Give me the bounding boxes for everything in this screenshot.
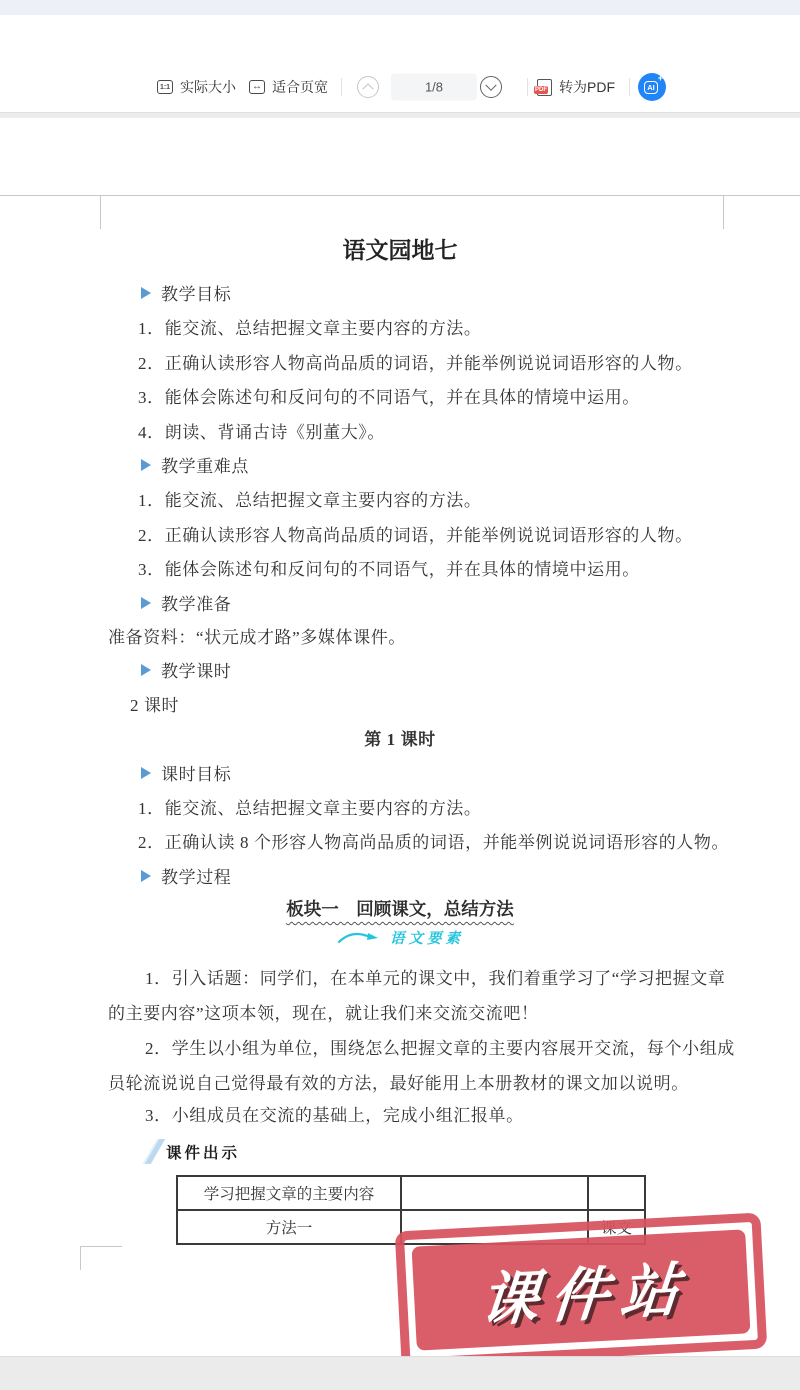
boundary-corner-left	[100, 195, 101, 229]
stamp-fill: 课件站	[412, 1229, 751, 1350]
triangle-bullet-icon	[141, 664, 151, 676]
table-row: 学习把握文章的主要内容	[177, 1176, 645, 1210]
section-header: 教学过程	[141, 863, 231, 888]
courseware-badge-label: 课件出示	[166, 1141, 240, 1163]
boundary-corner-bottom-left-v	[80, 1246, 81, 1270]
section-header-label: 课时目标	[161, 760, 231, 785]
page-indicator-field[interactable]: 1/8	[391, 74, 477, 101]
page-up-icon	[362, 83, 373, 94]
doc-line: 2．正确认读形容人物高尚品质的词语，并能举例说说词语形容的人物。	[138, 521, 693, 546]
doc-line: 1．能交流、总结把握文章主要内容的方法。	[138, 486, 482, 511]
page-down-icon	[485, 80, 496, 91]
fit-width-label: 适合页宽	[272, 77, 328, 97]
document-viewer: 1:1 实际大小 适合页宽 1/8 PDF 转为PDF AI +	[0, 0, 800, 1390]
doc-line: 准备资料：“状元成才路”多媒体课件。	[108, 623, 406, 648]
boundary-corner-bottom-left-h	[80, 1246, 122, 1247]
table-cell: 方法一	[177, 1210, 401, 1244]
ai-icon: AI	[644, 81, 658, 94]
badge-slash-icon	[143, 1139, 165, 1164]
session-heading: 第 1 课时	[0, 725, 800, 750]
section-header: 教学目标	[141, 280, 231, 305]
section-header: 教学准备	[141, 590, 231, 615]
doc-paragraph-line: 的主要内容”这项本领，现在，就让我们来交流交流吧！	[108, 999, 539, 1024]
element-tag: 语文要素	[0, 926, 800, 948]
section-header-label: 教学准备	[161, 590, 231, 615]
actual-size-button[interactable]: 1:1 实际大小	[157, 77, 236, 97]
actual-size-icon: 1:1	[157, 80, 173, 94]
section-header: 教学重难点	[141, 452, 249, 477]
stamp-border: 课件站	[395, 1213, 768, 1368]
doc-paragraph-line: 1．引入话题：同学们，在本单元的课文中，我们着重学习了“学习把握文章	[145, 964, 725, 989]
doc-line: 4．朗读、背诵古诗《别董大》。	[138, 418, 385, 443]
boundary-corner-right	[723, 195, 724, 229]
doc-line: 3．能体会陈述句和反问句的不同语气，并在具体的情境中运用。	[138, 555, 640, 580]
section-header: 教学课时	[141, 657, 231, 682]
doc-line: 3．能体会陈述句和反问句的不同语气，并在具体的情境中运用。	[138, 383, 640, 408]
section-header-label: 教学课时	[161, 657, 231, 682]
pdf-chip-label: PDF	[534, 86, 548, 94]
fit-width-button[interactable]: 适合页宽	[249, 77, 328, 97]
doc-paragraph-line: 员轮流说说自己觉得最有效的方法，最好能用上本册教材的课文加以说明。	[108, 1069, 689, 1094]
triangle-bullet-icon	[141, 767, 151, 779]
actual-size-label: 实际大小	[180, 77, 236, 97]
triangle-bullet-icon	[141, 287, 151, 299]
toolbar-divider	[341, 78, 342, 96]
doc-line: 2 课时	[130, 691, 179, 716]
triangle-bullet-icon	[141, 870, 151, 882]
triangle-bullet-icon	[141, 459, 151, 471]
convert-to-pdf-label: 转为PDF	[559, 77, 615, 97]
section-header: 课时目标	[141, 760, 231, 785]
section-header-label: 教学目标	[161, 280, 231, 305]
doc-line: 2．正确认读形容人物高尚品质的词语，并能举例说说词语形容的人物。	[138, 349, 693, 374]
table-cell: 学习把握文章的主要内容	[177, 1176, 401, 1210]
block-heading: 板块一 回顾课文，总结方法	[0, 896, 800, 921]
convert-to-pdf-button[interactable]: PDF 转为PDF	[537, 77, 615, 97]
fit-width-icon	[249, 80, 265, 94]
table-cell	[401, 1176, 588, 1210]
page-indicator: 1/8	[425, 80, 443, 95]
doc-paragraph-line: 2．学生以小组为单位，围绕怎么把握文章的主要内容展开交流，每个小组成	[145, 1034, 735, 1059]
browser-top-strip	[0, 0, 800, 15]
pdf-icon: PDF	[537, 79, 552, 96]
doc-line: 1．能交流、总结把握文章主要内容的方法。	[138, 794, 482, 819]
viewer-toolbar: 1:1 实际大小 适合页宽 1/8 PDF 转为PDF AI +	[0, 62, 800, 112]
element-tag-label: 语文要素	[390, 927, 464, 948]
curved-arrow-icon	[336, 926, 384, 948]
doc-line: 2．正确认读 8 个形容人物高尚品质的词语，并能举例说说词语形容的人物。	[138, 828, 729, 853]
page-up-button[interactable]	[357, 76, 379, 98]
section-header-label: 教学过程	[161, 863, 231, 888]
page-down-button[interactable]	[480, 76, 502, 98]
doc-paragraph-line: 3．小组成员在交流的基础上，完成小组汇报单。	[145, 1101, 524, 1126]
toolbar-divider	[629, 78, 630, 96]
ai-plus-icon: +	[658, 74, 663, 83]
triangle-bullet-icon	[141, 597, 151, 609]
doc-line: 1．能交流、总结把握文章主要内容的方法。	[138, 314, 482, 339]
page-gap-strip	[0, 1356, 800, 1390]
stamp-label: 课件站	[467, 1242, 694, 1338]
section-header-label: 教学重难点	[161, 452, 249, 477]
table-cell	[588, 1176, 645, 1210]
document-title: 语文园地七	[0, 232, 800, 265]
page-top-boundary-line	[0, 195, 800, 196]
toolbar-bottom-separator	[0, 112, 800, 118]
courseware-badge: 课件出示	[150, 1139, 240, 1164]
watermark-stamp: 课件站	[395, 1213, 768, 1368]
toolbar-divider	[527, 78, 528, 96]
ai-assistant-button[interactable]: AI +	[638, 73, 666, 101]
